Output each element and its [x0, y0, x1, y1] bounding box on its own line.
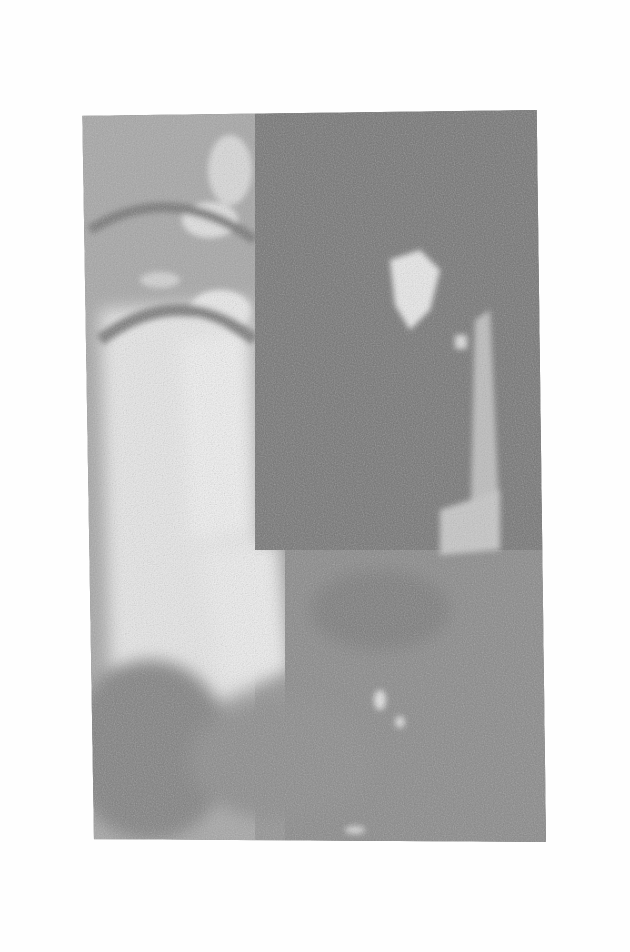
halftone-photo-plate [80, 110, 546, 842]
photo-illustration [80, 110, 546, 842]
scanned-page [0, 0, 630, 952]
